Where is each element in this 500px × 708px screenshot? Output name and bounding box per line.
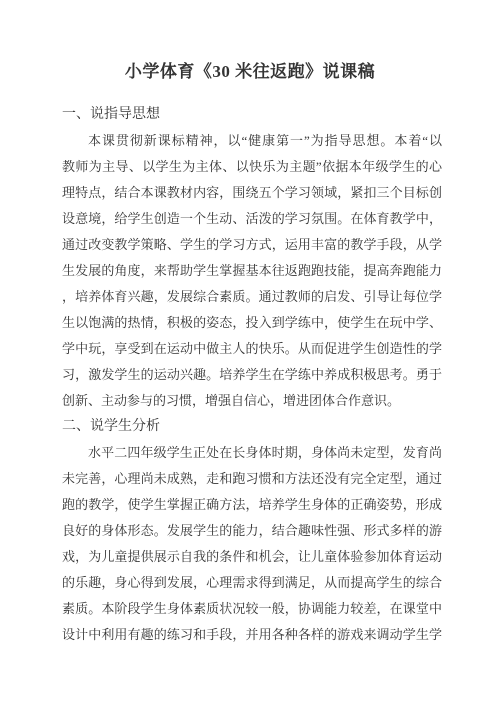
document-body: 一、说指导思想本课贯彻新课标精神，以“健康第一”为指导思想。本着“以教师为主导、… xyxy=(62,102,442,648)
paragraph-line: 学中玩，享受到在运动中做主人的快乐。从而促进学生创造性的学 xyxy=(62,336,442,362)
document-page: 小学体育《30 米往返跑》说课稿 一、说指导思想本课贯彻新课标精神，以“健康第一… xyxy=(0,0,500,708)
paragraph-line: 设意境，给学生创造一个生动、活泼的学习氛围。在体育教学中， xyxy=(62,206,442,232)
paragraph-line: 戏，为儿童提供展示自我的条件和机会，让儿童体验参加体育运动 xyxy=(62,544,442,570)
paragraph-line: 生发展的角度，来帮助学生掌握基本往返跑跑技能，提高奔跑能力 xyxy=(62,258,442,284)
paragraph-line: 的乐趣，身心得到发展，心理需求得到满足，从而提高学生的综合 xyxy=(62,570,442,596)
paragraph-line: 本课贯彻新课标精神，以“健康第一”为指导思想。本着“以 xyxy=(62,128,442,154)
paragraph-line: 教师为主导、以学生为主体、以快乐为主题”依据本年级学生的心 xyxy=(62,154,442,180)
section-heading: 二、说学生分析 xyxy=(62,414,442,440)
paragraph-line: 跑的教学，使学生掌握正确方法，培养学生身体的正确姿势，形成 xyxy=(62,492,442,518)
paragraph-line: 创新、主动参与的习惯，增强自信心，增进团体合作意识。 xyxy=(62,388,442,414)
paragraph-line: ，培养体育兴趣，发展综合素质。通过教师的启发、引导让每位学 xyxy=(62,284,442,310)
paragraph-line: 通过改变教学策略、学生的学习方式，运用丰富的教学手段，从学 xyxy=(62,232,442,258)
paragraph-line: 未完善，心理尚未成熟，走和跑习惯和方法还没有完全定型，通过 xyxy=(62,466,442,492)
section-heading: 一、说指导思想 xyxy=(62,102,442,128)
paragraph-line: 素质。本阶段学生身体素质状况较一般，协调能力较差，在课堂中 xyxy=(62,596,442,622)
paragraph-line: 水平二四年级学生正处在长身体时期，身体尚未定型，发育尚 xyxy=(62,440,442,466)
paragraph-line: 生以饱满的热情，积极的姿态，投入到学练中，使学生在玩中学、 xyxy=(62,310,442,336)
document-title: 小学体育《30 米往返跑》说课稿 xyxy=(0,60,500,84)
paragraph-line: 理特点，结合本课教材内容，围绕五个学习领域，紧扣三个目标创 xyxy=(62,180,442,206)
paragraph-line: 设计中利用有趣的练习和手段，并用各种各样的游戏来调动学生学 xyxy=(62,622,442,648)
paragraph-line: 习，激发学生的运动兴趣。培养学生在学练中养成积极思考。勇于 xyxy=(62,362,442,388)
paragraph-line: 良好的身体形态。发展学生的能力，结合趣味性强、形式多样的游 xyxy=(62,518,442,544)
